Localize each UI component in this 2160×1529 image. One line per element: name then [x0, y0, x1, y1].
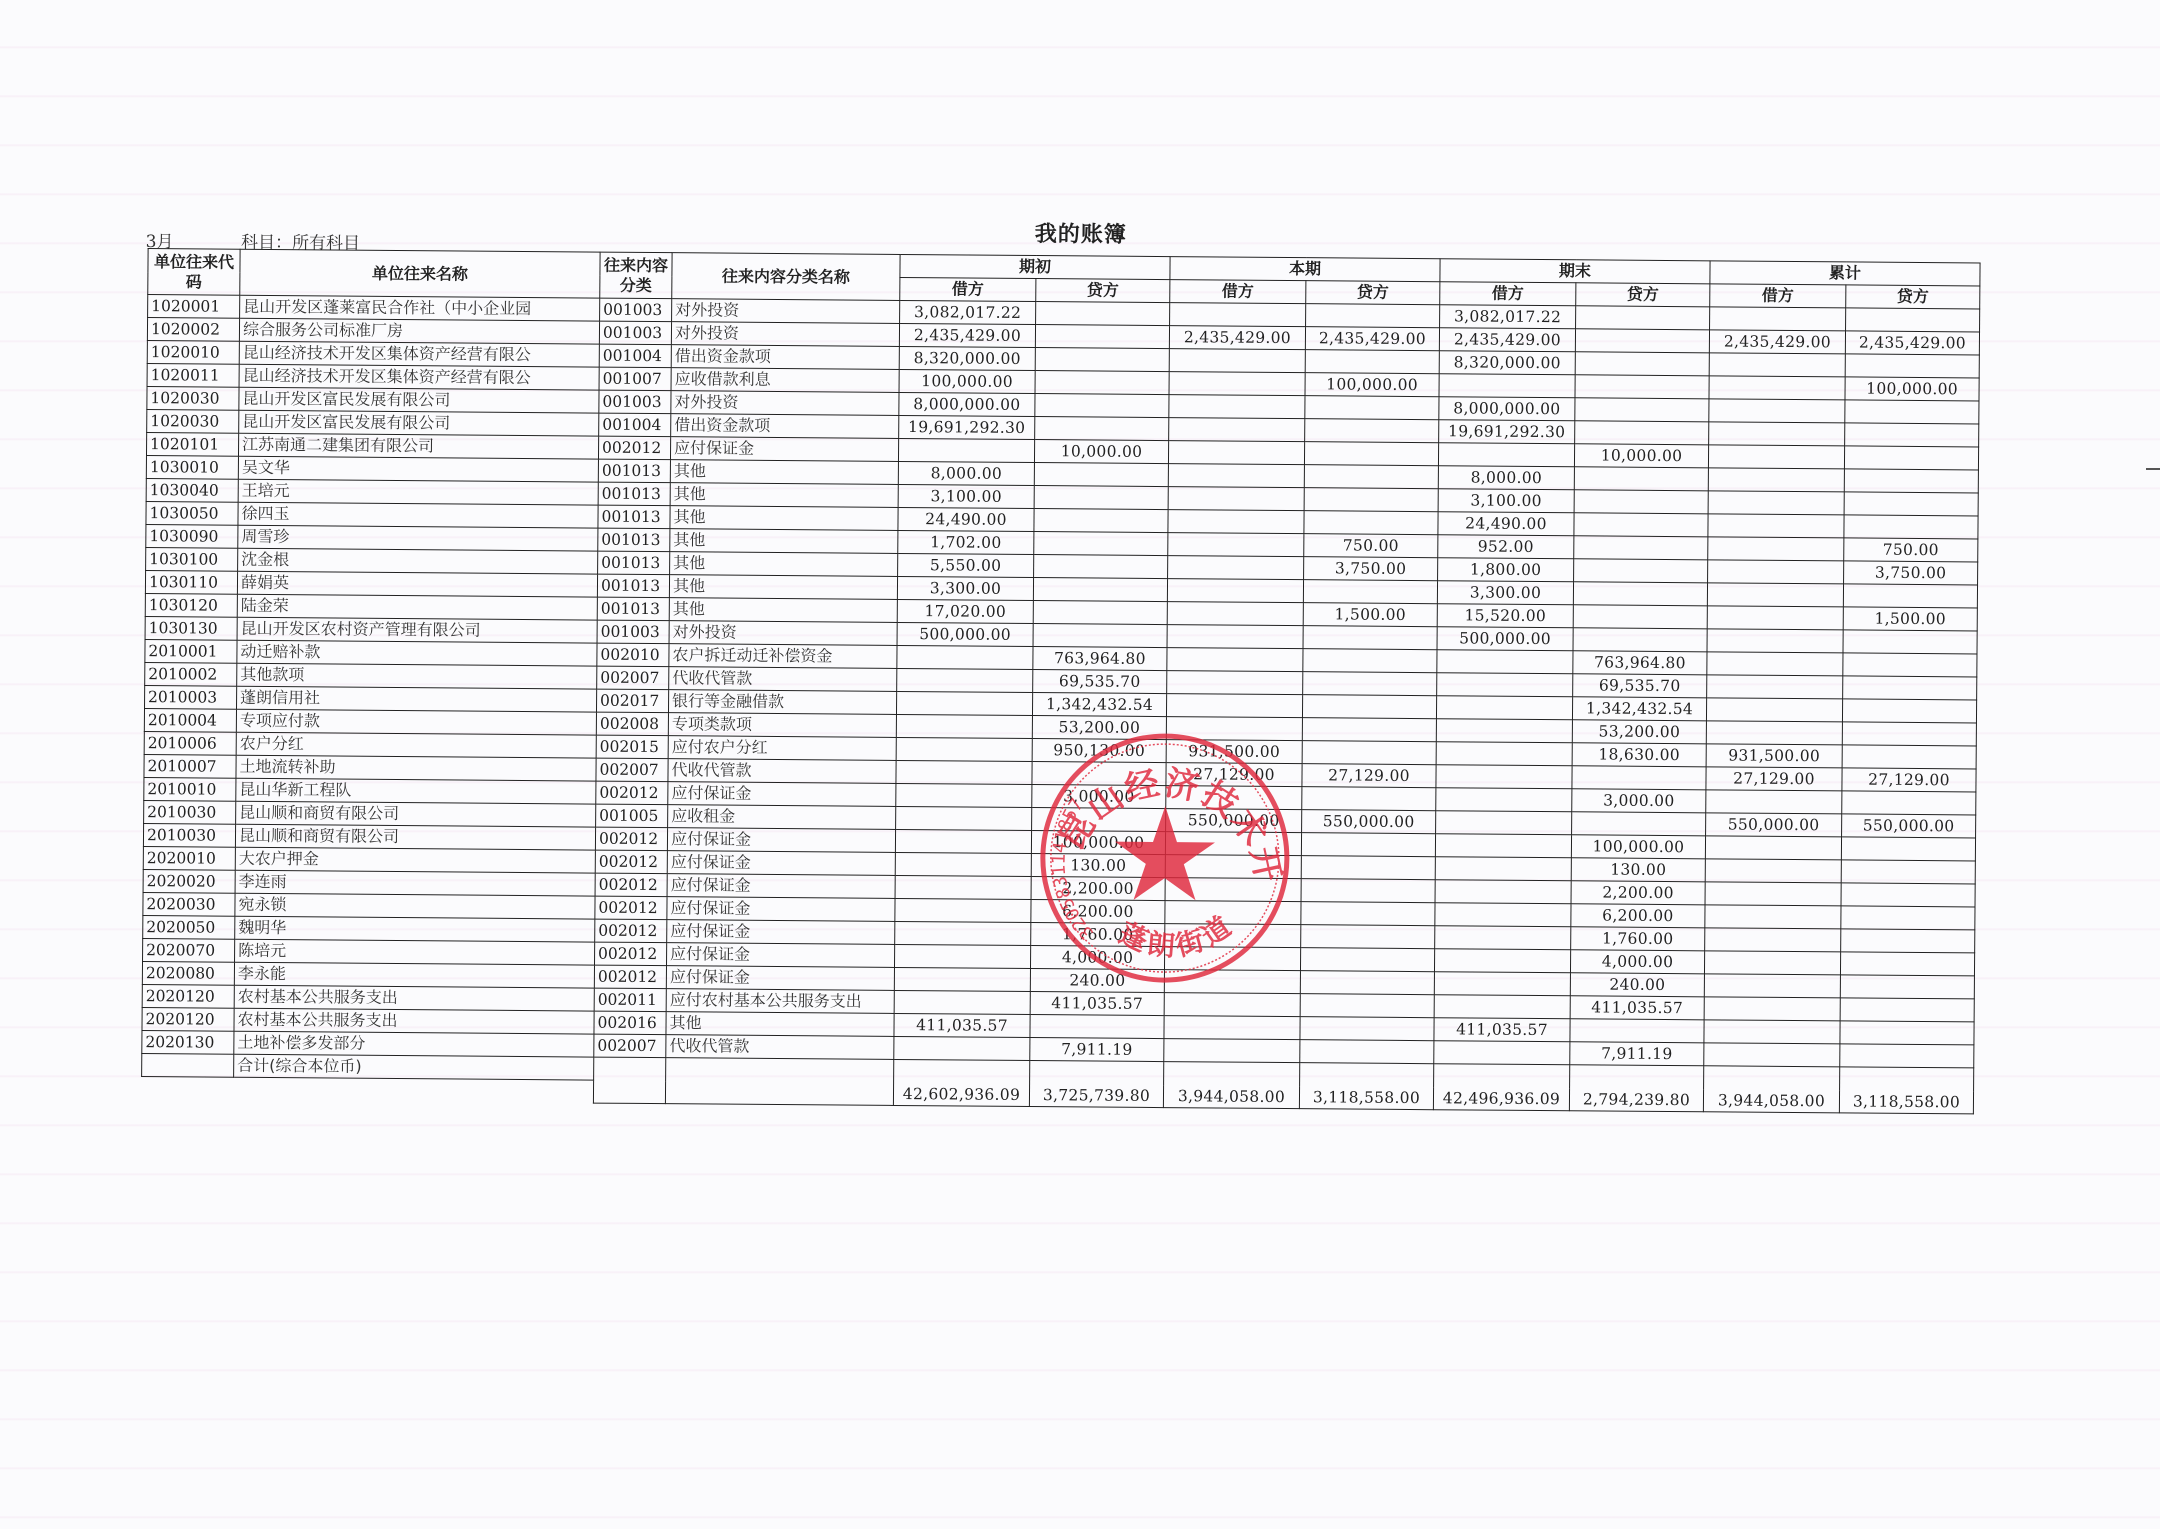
row-open-cr [1034, 463, 1168, 487]
row-name: 大农户押金 [235, 847, 595, 873]
row-category-code: 001004 [599, 413, 671, 437]
row-cum-dr [1705, 905, 1841, 929]
row-code: 1020101 [146, 433, 238, 457]
row-category-code: 001013 [598, 528, 670, 552]
row-close-cr [1573, 582, 1707, 606]
ledger-table: 单位往来代码 单位往来名称 往来内容分类 往来内容分类名称 期初 本期 期末 累… [141, 248, 1981, 1114]
row-name: 沈金根 [238, 548, 598, 574]
row-cum-cr [1846, 308, 1980, 332]
row-close-dr [1436, 765, 1572, 789]
row-cum-dr [1708, 468, 1844, 492]
row-close-dr: 8,000.00 [1438, 466, 1574, 490]
row-category-code: 002007 [596, 758, 668, 782]
total-cur-dr: 3,944,058.00 [1163, 1062, 1299, 1109]
row-cur-cr: 27,129.00 [1302, 764, 1436, 788]
row-open-dr: 3,300.00 [897, 576, 1033, 600]
row-close-dr [1434, 1041, 1570, 1065]
row-cur-cr [1301, 833, 1435, 857]
row-open-cr [1033, 578, 1167, 602]
row-close-cr [1572, 812, 1706, 836]
row-open-cr: 69,535.70 [1033, 670, 1167, 694]
row-cur-cr [1304, 488, 1438, 512]
row-cum-dr [1705, 859, 1841, 883]
row-category-name: 其他 [669, 598, 897, 623]
row-close-dr [1439, 374, 1575, 398]
row-category-name: 其他 [670, 552, 898, 577]
row-open-cr [1033, 601, 1167, 625]
row-category-code: 002012 [595, 919, 667, 943]
row-open-cr: 4,000.00 [1030, 946, 1164, 970]
row-category-name: 其他 [669, 575, 897, 600]
row-open-cr: 1,760.00 [1031, 923, 1165, 947]
row-close-cr [1570, 1019, 1704, 1043]
row-code: 1030100 [146, 548, 238, 572]
row-close-dr [1436, 811, 1572, 835]
row-close-cr [1574, 467, 1708, 491]
row-category-name: 农户拆迁动迁补偿资金 [669, 644, 897, 669]
row-name: 薛娟英 [237, 571, 597, 597]
row-cur-cr [1301, 856, 1435, 880]
row-open-cr: 1,342,432.54 [1032, 693, 1166, 717]
row-category-code: 002012 [598, 436, 670, 460]
row-category-code: 002015 [596, 735, 668, 759]
row-cum-dr: 550,000.00 [1706, 813, 1842, 837]
row-cur-dr [1169, 372, 1305, 396]
row-open-dr [894, 944, 1030, 968]
row-open-cr: 3,000.00 [1032, 785, 1166, 809]
row-cum-cr [1844, 492, 1978, 516]
header-group-cumulative: 累计 [1710, 261, 1980, 286]
row-close-dr [1435, 926, 1571, 950]
row-open-cr [1034, 509, 1168, 533]
row-cum-cr: 27,129.00 [1842, 768, 1976, 792]
row-cum-dr [1706, 790, 1842, 814]
row-name: 昆山开发区蓬莱富民合作社（中小企业园 [240, 295, 600, 321]
header-debit: 借方 [900, 277, 1036, 301]
row-cum-cr [1844, 446, 1978, 470]
row-cur-dr [1167, 648, 1303, 672]
row-cum-cr [1844, 515, 1978, 539]
row-cur-cr [1302, 787, 1436, 811]
row-cum-cr [1842, 745, 1976, 769]
row-category-name: 应付保证金 [667, 851, 895, 876]
row-close-cr: 130.00 [1571, 858, 1705, 882]
row-cur-dr [1168, 510, 1304, 534]
row-close-cr: 10,000.00 [1574, 444, 1708, 468]
row-cum-dr [1709, 399, 1845, 423]
row-cur-cr [1305, 396, 1439, 420]
row-cur-cr [1304, 511, 1438, 535]
row-category-name: 应收租金 [668, 805, 896, 830]
row-open-dr [896, 714, 1032, 738]
row-cur-cr [1300, 1040, 1434, 1064]
row-open-cr [1030, 1015, 1164, 1039]
row-cur-dr: 27,129.00 [1166, 763, 1302, 787]
row-close-cr: 18,630.00 [1572, 743, 1706, 767]
row-cur-cr [1301, 902, 1435, 926]
row-code: 1020030 [147, 387, 239, 411]
row-close-dr: 8,000,000.00 [1439, 397, 1575, 421]
row-name: 农村基本公共服务支出 [234, 1008, 594, 1034]
total-label: 合计(综合本位币) [234, 1054, 594, 1080]
total-catname [665, 1058, 893, 1105]
row-close-cr: 3,000.00 [1572, 789, 1706, 813]
row-cur-dr [1166, 786, 1302, 810]
row-category-name: 其他 [666, 1012, 894, 1037]
row-cum-cr [1841, 860, 1975, 884]
row-close-cr [1575, 421, 1709, 445]
row-cum-dr: 2,435,429.00 [1709, 330, 1845, 354]
row-open-dr [896, 691, 1032, 715]
row-open-dr [896, 737, 1032, 761]
row-open-dr [897, 645, 1033, 669]
total-cum-cr: 3,118,558.00 [1839, 1067, 1973, 1114]
row-name: 昆山开发区富民发展有限公司 [239, 387, 599, 413]
row-close-dr [1435, 903, 1571, 927]
page-edge-mark [2146, 468, 2160, 470]
row-code: 2010003 [145, 686, 237, 710]
row-category-code: 001013 [598, 459, 670, 483]
row-close-cr [1575, 329, 1709, 353]
row-open-dr [896, 783, 1032, 807]
header-debit: 借方 [1710, 284, 1846, 308]
row-code: 1030050 [146, 502, 238, 526]
row-name: 昆山顺和商贸有限公司 [236, 801, 596, 827]
row-close-cr [1573, 628, 1707, 652]
row-close-cr [1575, 398, 1709, 422]
row-open-dr: 8,000,000.00 [899, 392, 1035, 416]
row-code: 2020130 [142, 1031, 234, 1055]
total-open-cr: 3,725,739.80 [1029, 1061, 1163, 1108]
row-open-cr [1035, 417, 1169, 441]
row-close-cr [1576, 306, 1710, 330]
row-close-cr: 69,535.70 [1573, 674, 1707, 698]
row-code: 1020010 [147, 341, 239, 365]
row-code: 1030090 [146, 525, 238, 549]
row-code: 2010004 [144, 709, 236, 733]
row-name: 农户分红 [236, 732, 596, 758]
row-open-dr: 3,082,017.22 [900, 300, 1036, 324]
total-spacer [233, 1077, 593, 1102]
row-cur-cr [1306, 304, 1440, 328]
row-open-cr: 2,200.00 [1031, 877, 1165, 901]
row-cur-dr [1165, 855, 1301, 879]
row-cum-dr [1704, 997, 1840, 1021]
row-category-code: 002007 [597, 666, 669, 690]
row-close-dr [1434, 995, 1570, 1019]
total-cur-cr: 3,118,558.00 [1299, 1063, 1433, 1110]
row-cur-cr [1303, 580, 1437, 604]
row-cum-cr: 2,435,429.00 [1845, 331, 1979, 355]
row-cur-cr [1300, 994, 1434, 1018]
row-cur-dr [1169, 349, 1305, 373]
row-category-code: 002017 [596, 689, 668, 713]
row-code: 2020070 [143, 939, 235, 963]
row-category-code: 002012 [594, 965, 666, 989]
row-close-cr [1573, 605, 1707, 629]
row-close-cr: 53,200.00 [1572, 720, 1706, 744]
row-category-code: 001013 [597, 597, 669, 621]
row-code: 1030120 [145, 594, 237, 618]
row-open-cr [1036, 302, 1170, 326]
row-category-code: 001003 [599, 390, 671, 414]
row-cum-cr [1840, 1021, 1974, 1045]
row-category-code: 001003 [597, 620, 669, 644]
row-open-dr [896, 760, 1032, 784]
row-open-dr: 100,000.00 [899, 369, 1035, 393]
row-close-dr [1436, 719, 1572, 743]
row-cur-cr: 550,000.00 [1302, 810, 1436, 834]
row-cur-cr [1300, 1017, 1434, 1041]
row-cur-dr [1164, 1016, 1300, 1040]
row-cum-cr [1841, 837, 1975, 861]
row-category-name: 对外投资 [669, 621, 897, 646]
row-cur-dr [1167, 579, 1303, 603]
header-credit: 贷方 [1576, 283, 1710, 307]
row-category-code: 002008 [596, 712, 668, 736]
row-cum-dr [1707, 629, 1843, 653]
total-close-dr: 42,496,936.09 [1433, 1064, 1569, 1111]
row-cum-cr [1844, 469, 1978, 493]
row-open-cr [1033, 624, 1167, 648]
row-name: 周雪珍 [238, 525, 598, 551]
row-open-dr [897, 668, 1033, 692]
row-close-dr: 2,435,429.00 [1439, 328, 1575, 352]
row-cur-dr [1164, 947, 1300, 971]
row-cum-dr: 27,129.00 [1706, 767, 1842, 791]
row-category-name: 应付农户分红 [668, 736, 896, 761]
row-cur-cr [1302, 695, 1436, 719]
row-close-cr: 6,200.00 [1571, 904, 1705, 928]
row-open-cr: 10,000.00 [1034, 440, 1168, 464]
row-cum-dr [1708, 560, 1844, 584]
row-close-dr [1438, 443, 1574, 467]
row-close-cr: 240.00 [1570, 973, 1704, 997]
row-close-cr: 763,964.80 [1573, 651, 1707, 675]
row-close-cr: 4,000.00 [1570, 950, 1704, 974]
row-cur-cr [1300, 971, 1434, 995]
row-cum-dr [1709, 353, 1845, 377]
row-category-name: 代收代管款 [666, 1035, 894, 1060]
row-close-cr [1574, 513, 1708, 537]
row-open-cr [1032, 762, 1166, 786]
row-cum-dr [1704, 1020, 1840, 1044]
row-category-name: 应付保证金 [668, 782, 896, 807]
total-cum-dr: 3,944,058.00 [1703, 1066, 1839, 1113]
row-open-dr [895, 852, 1031, 876]
row-category-code: 001003 [600, 298, 672, 322]
row-category-name: 借出资金款项 [671, 345, 899, 370]
row-category-code: 001005 [596, 804, 668, 828]
row-close-cr: 100,000.00 [1571, 835, 1705, 859]
row-code: 1020002 [147, 318, 239, 342]
row-cum-cr [1840, 1044, 1974, 1068]
row-cur-dr [1164, 993, 1300, 1017]
row-category-code: 002012 [595, 896, 667, 920]
row-code: 1020011 [147, 364, 239, 388]
row-cum-dr [1709, 422, 1845, 446]
total-close-cr: 2,794,239.80 [1569, 1065, 1703, 1112]
row-code: 2010001 [145, 640, 237, 664]
row-category-code: 002007 [594, 1034, 666, 1058]
row-name: 王培元 [238, 479, 598, 505]
row-cum-dr [1708, 445, 1844, 469]
row-open-dr [898, 438, 1034, 462]
row-close-cr [1575, 352, 1709, 376]
row-code: 2020120 [142, 1008, 234, 1032]
row-cur-cr: 100,000.00 [1305, 373, 1439, 397]
row-close-dr: 19,691,292.30 [1439, 420, 1575, 444]
row-cum-dr [1707, 675, 1843, 699]
row-close-cr: 2,200.00 [1571, 881, 1705, 905]
row-close-cr [1574, 536, 1708, 560]
row-cum-cr [1841, 929, 1975, 953]
row-category-name: 应付保证金 [667, 897, 895, 922]
row-category-name: 银行等金融借款 [668, 690, 896, 715]
row-cum-cr [1845, 354, 1979, 378]
row-category-code: 001013 [597, 574, 669, 598]
document-title: 我的账簿 [1035, 217, 1127, 249]
row-cur-cr [1302, 741, 1436, 765]
row-close-dr [1434, 972, 1570, 996]
row-category-name: 应付保证金 [666, 966, 894, 991]
row-cur-cr [1304, 442, 1438, 466]
row-cum-cr [1841, 883, 1975, 907]
row-category-name: 应付农村基本公共服务支出 [666, 989, 894, 1014]
row-cum-cr [1845, 423, 1979, 447]
row-open-cr: 6,200.00 [1031, 900, 1165, 924]
row-open-dr: 1,702.00 [898, 530, 1034, 554]
row-cur-dr: 2,435,429.00 [1169, 326, 1305, 350]
row-cum-cr [1843, 630, 1977, 654]
row-category-name: 应付保证金 [667, 828, 895, 853]
row-category-name: 应付保证金 [667, 943, 895, 968]
row-category-code: 002012 [595, 827, 667, 851]
row-name: 其他款项 [237, 663, 597, 689]
row-cum-dr [1705, 928, 1841, 952]
row-name: 昆山开发区富民发展有限公司 [239, 410, 599, 436]
row-cur-dr [1165, 901, 1301, 925]
row-open-cr: 7,911.19 [1030, 1038, 1164, 1062]
row-category-code: 002012 [595, 873, 667, 897]
row-cum-dr [1707, 583, 1843, 607]
row-name: 综合服务公司标准厂房 [239, 318, 599, 344]
row-name: 昆山顺和商贸有限公司 [235, 824, 595, 850]
row-name: 土地补偿多发部分 [234, 1031, 594, 1057]
row-code: 2010007 [144, 755, 236, 779]
row-category-name: 其他 [670, 529, 898, 554]
row-open-cr: 130.00 [1031, 854, 1165, 878]
row-open-dr [895, 875, 1031, 899]
row-cur-cr: 750.00 [1304, 534, 1438, 558]
row-cum-cr [1840, 998, 1974, 1022]
row-category-name: 代收代管款 [668, 759, 896, 784]
row-close-cr [1574, 490, 1708, 514]
total-open-dr: 42,602,936.09 [893, 1059, 1029, 1106]
row-cur-cr [1304, 465, 1438, 489]
row-cum-cr: 1,500.00 [1843, 607, 1977, 631]
row-close-cr [1572, 766, 1706, 790]
row-code: 1030110 [145, 571, 237, 595]
row-category-name: 其他 [670, 506, 898, 531]
row-code: 1030040 [146, 479, 238, 503]
header-debit: 借方 [1440, 282, 1576, 306]
row-cum-cr [1843, 653, 1977, 677]
row-name: 陈培元 [235, 939, 595, 965]
row-code: 2010010 [144, 778, 236, 802]
row-close-dr: 411,035.57 [1434, 1018, 1570, 1042]
row-code: 2010030 [144, 801, 236, 825]
row-open-dr: 19,691,292.30 [899, 415, 1035, 439]
row-code: 1020001 [148, 295, 240, 319]
row-cum-dr [1708, 514, 1844, 538]
row-close-dr: 15,520.00 [1437, 604, 1573, 628]
row-name: 昆山经济技术开发区集体资产经营有限公 [239, 364, 599, 390]
total-spacer [141, 1077, 233, 1100]
row-name: 李永能 [234, 962, 594, 988]
row-open-cr [1034, 532, 1168, 556]
row-open-cr [1032, 808, 1166, 832]
total-catcode [593, 1057, 665, 1103]
row-open-cr [1035, 348, 1169, 372]
row-cur-dr [1165, 878, 1301, 902]
row-close-dr [1436, 696, 1572, 720]
row-open-dr: 8,320,000.00 [899, 346, 1035, 370]
row-code: 1030010 [146, 456, 238, 480]
row-close-cr [1574, 559, 1708, 583]
row-name: 魏明华 [235, 916, 595, 942]
row-close-dr: 3,100.00 [1438, 489, 1574, 513]
row-cur-dr [1166, 694, 1302, 718]
row-cum-cr [1845, 400, 1979, 424]
row-name: 动迁赔补款 [237, 640, 597, 666]
row-open-dr: 24,490.00 [898, 507, 1034, 531]
row-cur-cr [1301, 925, 1435, 949]
row-cur-dr [1168, 556, 1304, 580]
row-category-code: 001004 [599, 344, 671, 368]
row-open-dr: 8,000.00 [898, 461, 1034, 485]
row-code: 2010006 [144, 732, 236, 756]
header-category-code: 往来内容分类 [600, 252, 672, 299]
row-cum-dr [1710, 307, 1846, 331]
row-name: 土地流转补助 [236, 755, 596, 781]
row-open-cr: 240.00 [1030, 969, 1164, 993]
row-open-cr [1035, 325, 1169, 349]
row-cum-cr [1842, 699, 1976, 723]
row-category-name: 应付保证金 [667, 874, 895, 899]
row-cum-cr [1842, 722, 1976, 746]
row-open-dr [895, 898, 1031, 922]
header-debit: 借方 [1170, 280, 1306, 304]
row-cur-dr [1169, 418, 1305, 442]
row-category-name: 应收借款利息 [671, 368, 899, 393]
row-cum-dr [1706, 698, 1842, 722]
header-code: 单位往来代码 [148, 249, 240, 296]
row-close-cr: 411,035.57 [1570, 996, 1704, 1020]
row-open-cr [1035, 394, 1169, 418]
row-category-code: 001003 [599, 321, 671, 345]
row-cum-cr [1841, 906, 1975, 930]
row-category-name: 代收代管款 [669, 667, 897, 692]
header-credit: 贷方 [1306, 281, 1440, 305]
row-close-dr: 952.00 [1438, 535, 1574, 559]
row-cum-dr [1704, 951, 1840, 975]
row-close-dr: 500,000.00 [1437, 627, 1573, 651]
row-code: 2020020 [143, 870, 235, 894]
row-open-cr: 100,000.00 [1031, 831, 1165, 855]
row-code: 2010030 [143, 824, 235, 848]
row-category-code: 002010 [597, 643, 669, 667]
